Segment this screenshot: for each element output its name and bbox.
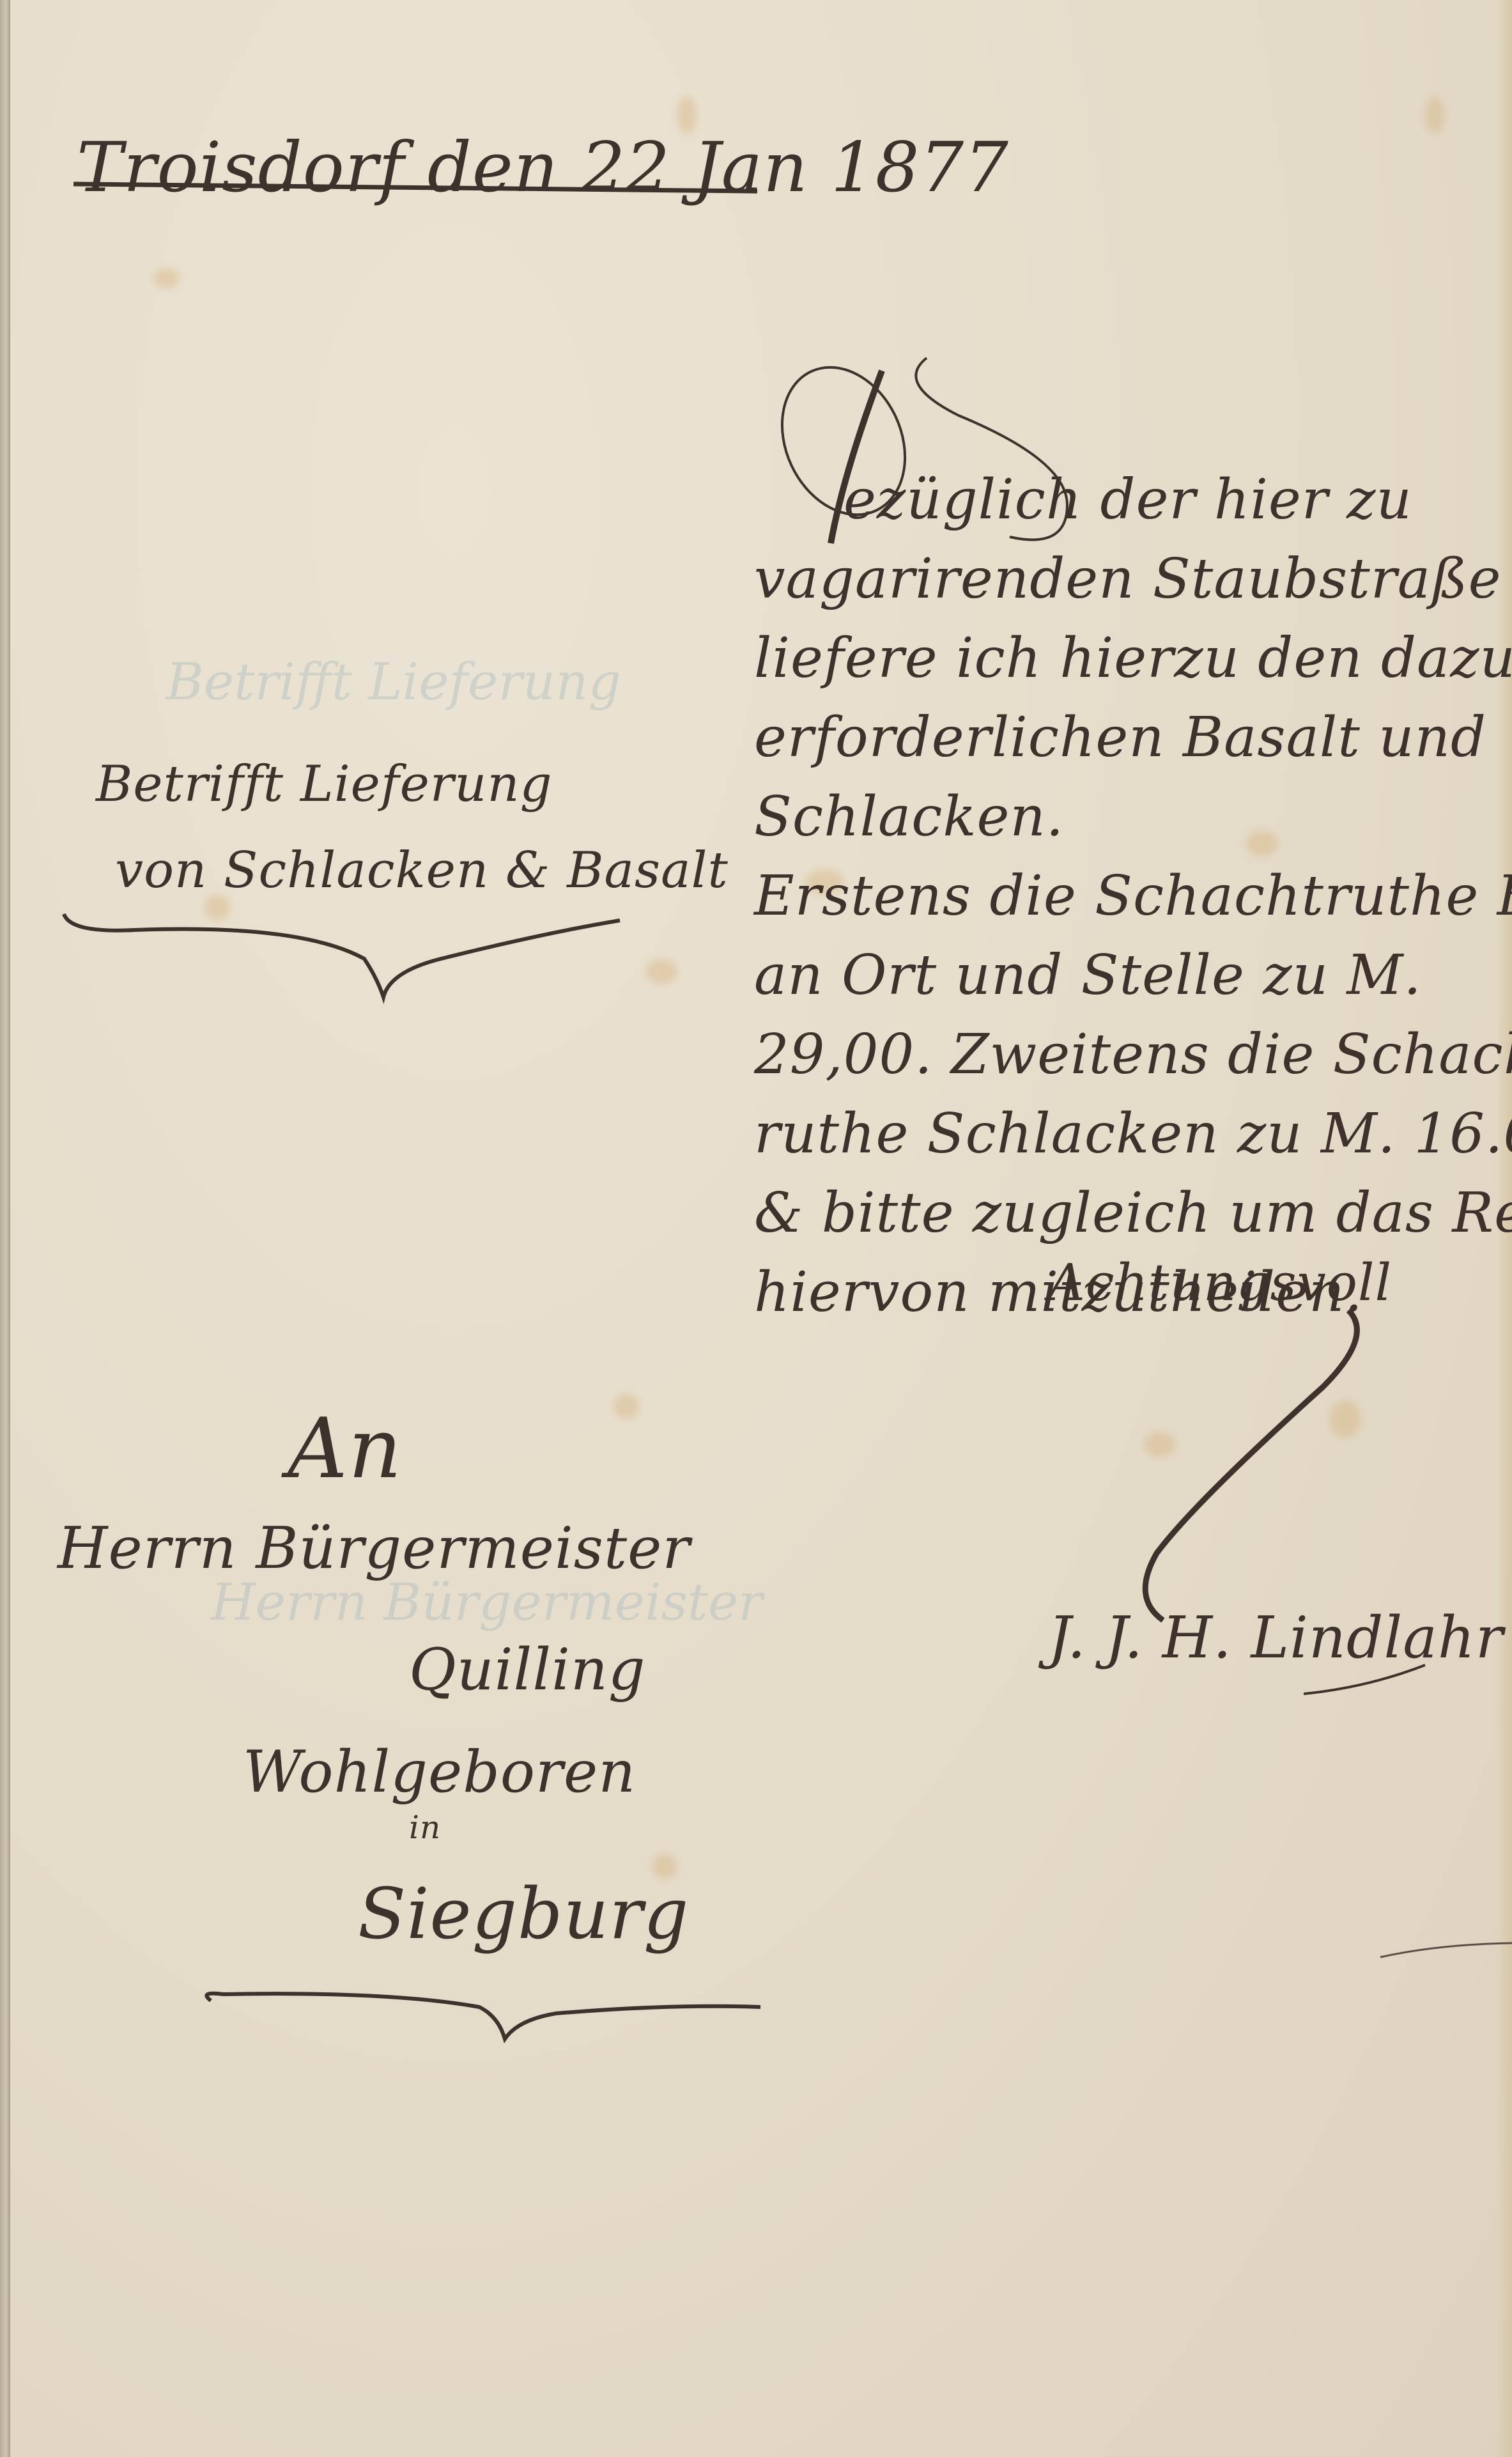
body-line: liefere ich hierzu den dazu — [754, 619, 1512, 698]
document-page: Betrifft Lieferung Herrn Bürgermeister T… — [0, 0, 1512, 2457]
address-line: Wohlgeboren — [243, 1739, 636, 1806]
address-recipient: Quilling — [409, 1636, 645, 1703]
body-line: Schlacken. — [754, 777, 1512, 856]
foxing-stain — [1425, 96, 1444, 134]
body-line: ezüglich der hier zu — [754, 460, 1512, 539]
stray-pen-stroke — [1374, 1937, 1512, 1962]
signature-underline — [1304, 1662, 1431, 1700]
signature: J. J. H. Lindlahr — [1048, 1604, 1504, 1671]
address-line: in — [409, 1809, 441, 1846]
address-line: An — [288, 1400, 403, 1497]
foxing-stain — [613, 1393, 639, 1419]
body-line: 29,00. Zweitens die Schacht- — [754, 1015, 1512, 1094]
subject-line-1: Betrifft Lieferung — [96, 741, 729, 828]
foxing-stain — [153, 268, 179, 288]
body-line: Erstens die Schachtruthe Basalt — [754, 856, 1512, 936]
body-line: an Ort und Stelle zu M. — [754, 936, 1512, 1015]
address-city: Siegburg — [358, 1873, 689, 1955]
bleed-through-text: Betrifft Lieferung — [166, 652, 621, 711]
dateline: Troisdorf den 22 Jan 1877 — [77, 128, 1009, 208]
subject-line-2: von Schlacken & Basalt — [96, 828, 729, 914]
body-line: & bitte zugleich um das Resultat — [754, 1174, 1512, 1253]
body-line: erforderlichen Basalt und — [754, 698, 1512, 777]
signature-flourish — [1118, 1298, 1387, 1630]
address-flourish — [198, 1981, 773, 2084]
body-line: ruthe Schlacken zu M. 16.00 — [754, 1094, 1512, 1174]
address-line: Herrn Bürgermeister — [58, 1515, 690, 1582]
foxing-stain — [645, 959, 677, 984]
subject-flourish — [58, 908, 633, 1010]
letter-body: ezüglich der hier zu vagarirenden Staubs… — [754, 460, 1512, 1332]
subject-line: Betrifft Lieferung von Schlacken & Basal… — [96, 741, 729, 914]
body-line: vagarirenden Staubstraße — [754, 539, 1512, 619]
binding-edge — [0, 0, 10, 2457]
